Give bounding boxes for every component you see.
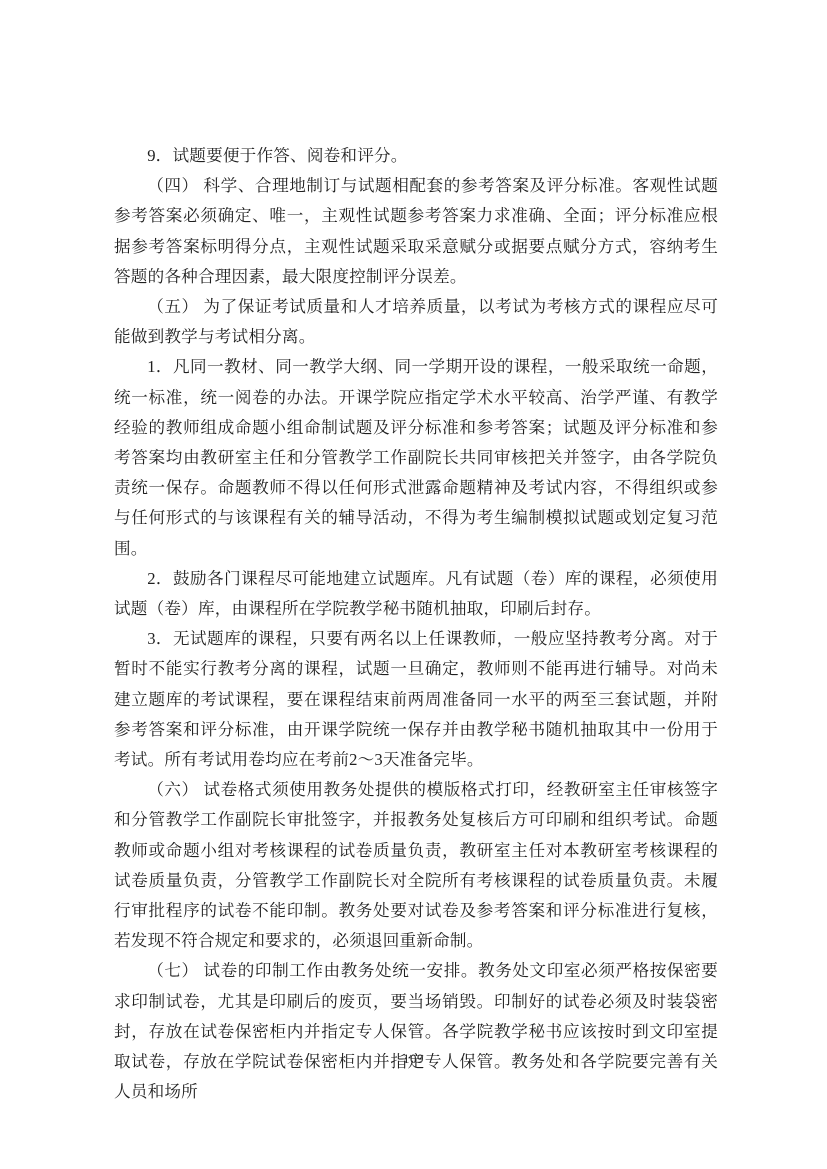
page-number: 109 — [0, 1051, 827, 1067]
paragraph-section-4: （四） 科学、合理地制订与试题相配套的参考答案及评分标准。客观性试题参考答案必须… — [114, 171, 718, 292]
paragraph-section-7: （七） 试卷的印制工作由教务处统一安排。教务处文印室必须严格按保密要求印制试卷，… — [114, 956, 718, 1107]
document-body: 9．试题要便于作答、阅卷和评分。 （四） 科学、合理地制订与试题相配套的参考答案… — [114, 141, 718, 1108]
paragraph-item-2: 2．鼓励各门课程尽可能地建立试题库。凡有试题（卷）库的课程，必须使用试题（卷）库… — [114, 564, 718, 624]
paragraph-item-9: 9．试题要便于作答、阅卷和评分。 — [114, 141, 718, 171]
paragraph-item-3: 3．无试题库的课程，只要有两名以上任课教师，一般应坚持教考分离。对于暂时不能实行… — [114, 624, 718, 775]
paragraph-section-6: （六） 试卷格式须使用教务处提供的模版格式打印，经教研室主任审核签字和分管教学工… — [114, 775, 718, 956]
paragraph-section-5: （五） 为了保证考试质量和人才培养质量，以考试为考核方式的课程应尽可能做到教学与… — [114, 292, 718, 352]
document-page: 9．试题要便于作答、阅卷和评分。 （四） 科学、合理地制订与试题相配套的参考答案… — [0, 0, 827, 1169]
paragraph-item-1: 1．凡同一教材、同一教学大纲、同一学期开设的课程，一般采取统一命题，统一标准，统… — [114, 352, 718, 563]
